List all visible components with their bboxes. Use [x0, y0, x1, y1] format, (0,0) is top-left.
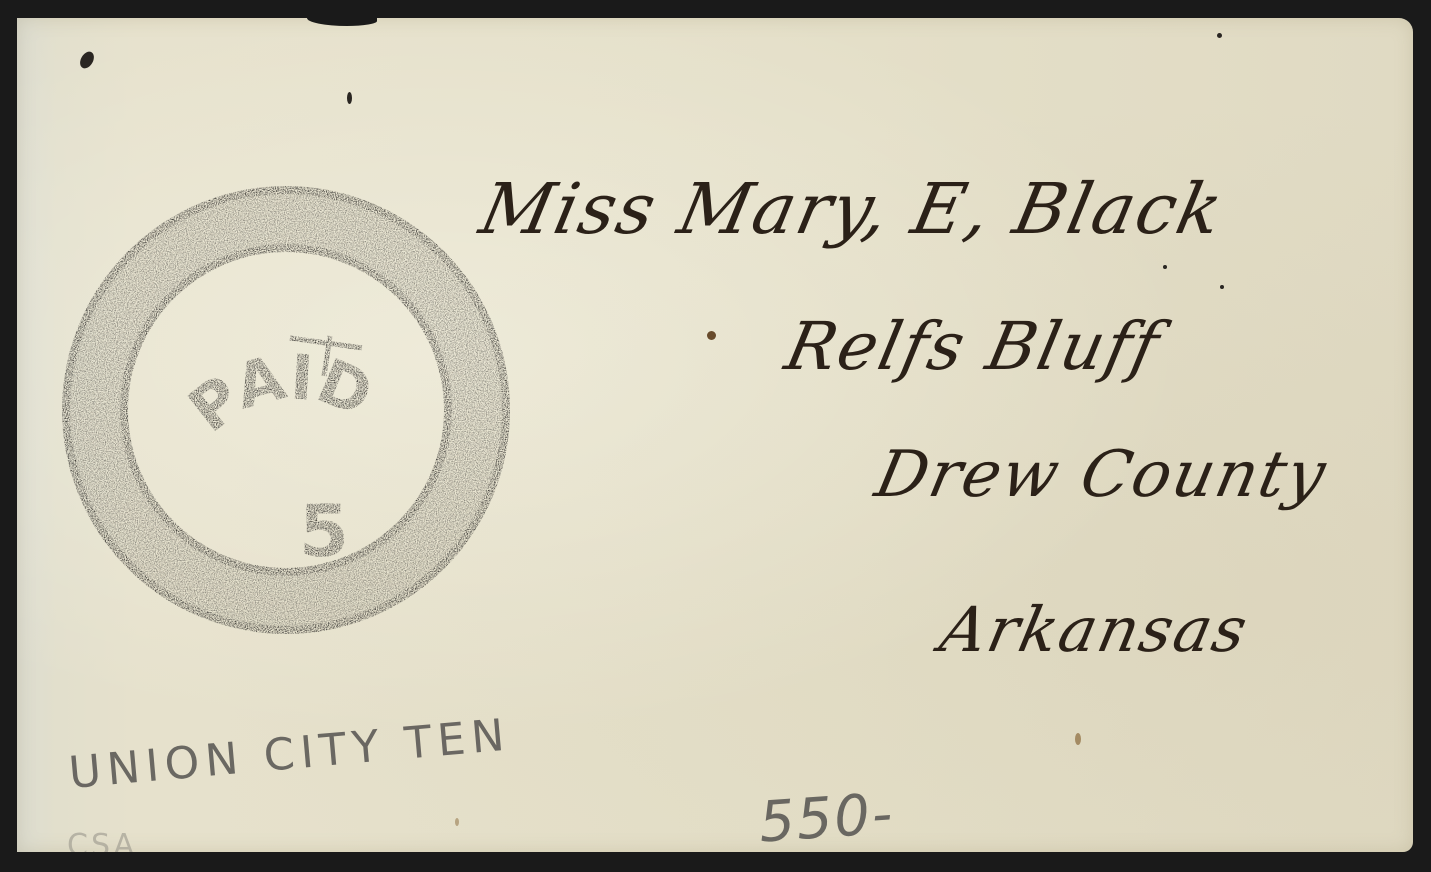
foxing-spot: [1075, 733, 1081, 745]
ink-speck: [347, 92, 352, 104]
pencil-faint-mark: CSA: [67, 828, 137, 852]
paid-postmark: PAID 5: [62, 186, 510, 634]
ink-speck: [1217, 33, 1222, 38]
pencil-origin-note: UNION CITY TEN: [67, 710, 512, 799]
photo-stage: PAID 5 Miss Mary, E, Black Relfs Bluff D…: [0, 0, 1431, 872]
envelope: PAID 5 Miss Mary, E, Black Relfs Bluff D…: [17, 18, 1413, 852]
address-line-state: Arkansas: [934, 593, 1255, 666]
foxing-spot: [707, 331, 716, 340]
pencil-price-note: 550-: [757, 781, 896, 852]
postmark-rate-text: 5: [299, 489, 349, 573]
ink-speck: [1220, 285, 1224, 289]
postmark-paid-text: PAID: [175, 341, 383, 447]
ink-speck: [1163, 265, 1167, 269]
address-line-county: Drew County: [869, 438, 1333, 512]
address-line-name: Miss Mary, E, Black: [473, 168, 1231, 250]
address-line-town: Relfs Bluff: [779, 308, 1167, 385]
ink-speck: [77, 49, 96, 71]
foxing-spot: [455, 818, 459, 826]
